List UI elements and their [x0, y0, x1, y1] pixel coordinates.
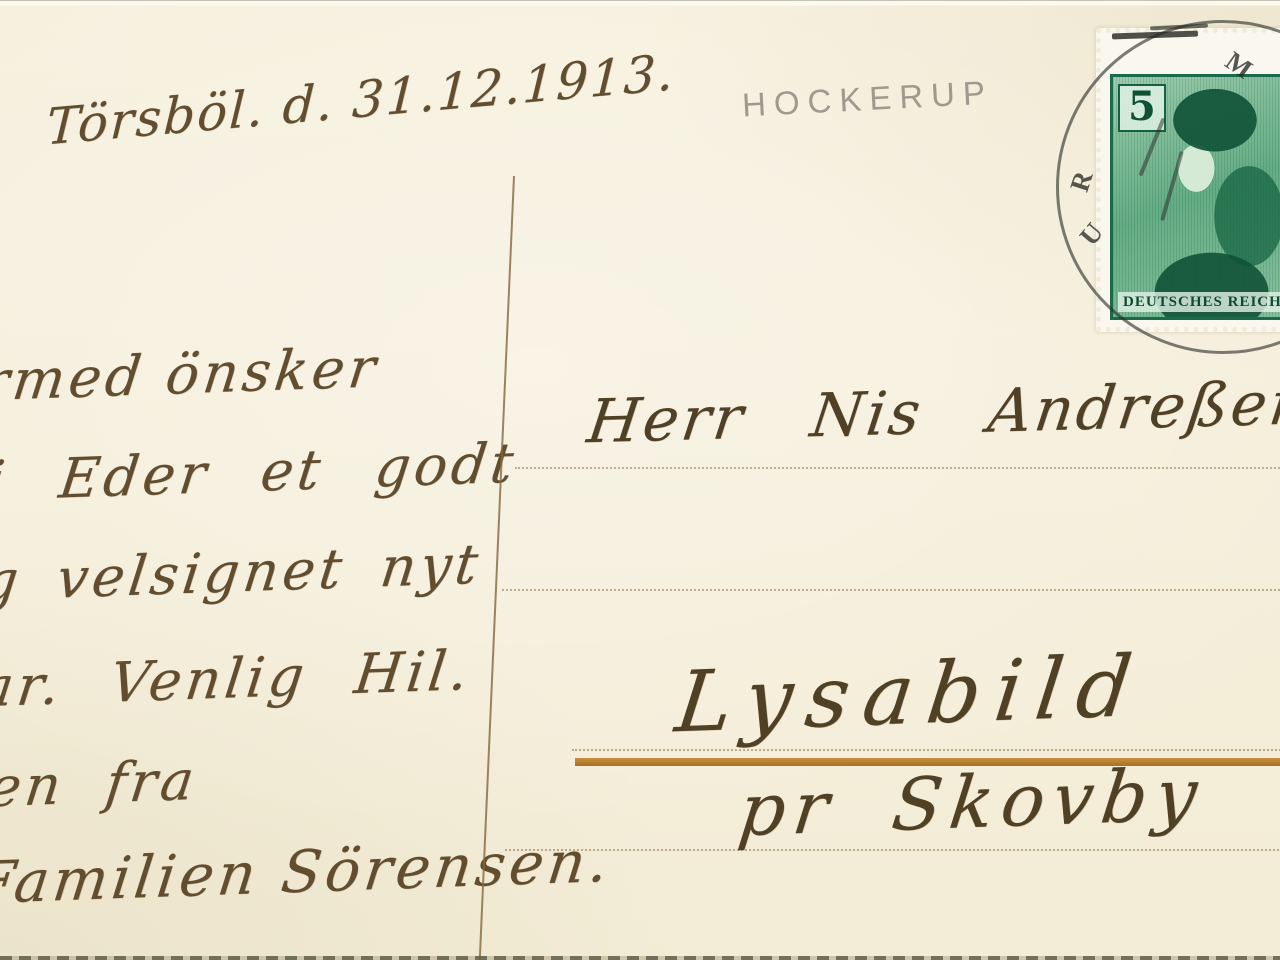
address-rule-1 [515, 467, 1280, 469]
message-line: i Eder et godt [0, 435, 520, 509]
postcard-back: Törsböl. d. 31.12.1913. HOCKERUP rmed ön… [0, 0, 1280, 960]
message-line: en fra [0, 753, 201, 816]
address-place: Lysabild [672, 644, 1150, 745]
postcard-top-edge [0, 0, 1280, 6]
address-district: pr Skovby [735, 758, 1209, 847]
postcard-bottom-edge [0, 956, 1280, 960]
handwritten-date: Törsböl. d. 31.12.1913. [45, 47, 676, 152]
pencil-annotation: HOCKERUP [741, 73, 994, 124]
address-rule-4 [505, 849, 1280, 851]
message-line: g velsignet nyt [0, 537, 485, 610]
message-signature: Familien Sörensen. [0, 832, 615, 913]
message-line: ar. Venlig Hil. [0, 643, 475, 715]
address-recipient: Herr Nis Andreßen [584, 373, 1280, 452]
message-line: rmed önsker [0, 340, 382, 409]
address-rule-2 [502, 589, 1280, 591]
